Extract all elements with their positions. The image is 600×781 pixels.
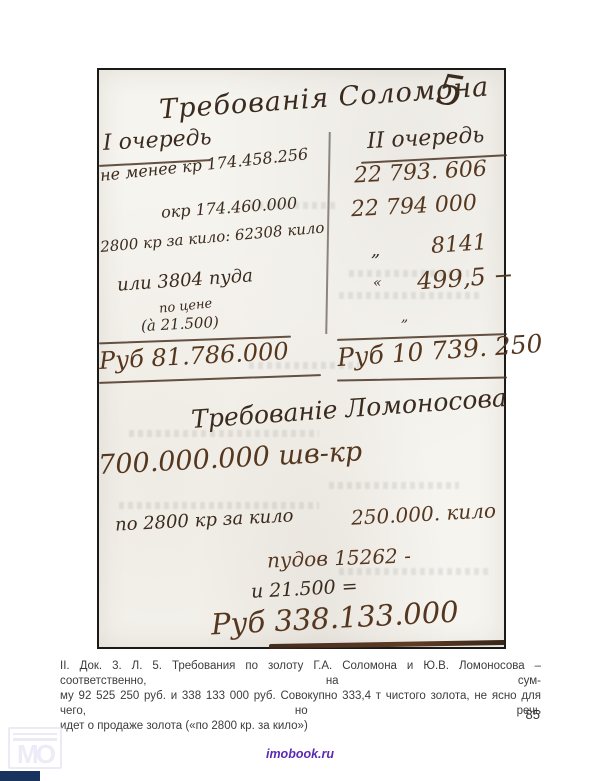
ditto-mark: „ [371, 242, 380, 260]
underline [99, 374, 321, 384]
column2-header: II очередь [367, 125, 485, 153]
col1-line-4: или 3804 пуда [117, 267, 254, 294]
col2-total: Руб 10 739. 250 [336, 331, 543, 370]
page-number: 85 [526, 707, 540, 722]
underline [269, 640, 506, 649]
caption-line: II. Док. 3. Л. 5. Требования по золоту Г… [60, 659, 541, 689]
lomonosov-line-4: и 21.500 = [251, 577, 359, 602]
bleedthrough-text [339, 292, 479, 299]
col2-row-4: 499,5 − [416, 263, 514, 294]
solomon-sheet-number: 5 [434, 68, 467, 114]
underline [337, 377, 507, 382]
bleedthrough-text [329, 482, 459, 489]
ditto-mark: „ [401, 310, 408, 324]
lomonosov-title: Требованіе Ломоносова [189, 385, 510, 432]
lomonosov-line-3: пудов 15262 - [267, 545, 412, 570]
lomonosov-line-1: 700.000.000 шв-кр [98, 438, 363, 479]
col1-line-2: окр 174.460.000 [161, 195, 298, 220]
col2-row-2: 22 794 000 [351, 193, 478, 222]
lomonosov-total: Руб 338.133.000 [210, 598, 459, 640]
column1-header: I очередь [102, 127, 212, 155]
solomon-title: Требованія Соломона [158, 76, 459, 124]
logo-top-line [13, 733, 57, 735]
approx-mark: « [373, 276, 382, 290]
caption-line: идет о продаже золота («по 2800 кр. за к… [60, 719, 541, 734]
col1-line-6: (à 21.500) [141, 315, 220, 334]
figure-caption: II. Док. 3. Л. 5. Требования по золоту Г… [60, 659, 541, 734]
col2-row-3: 8141 [430, 232, 487, 258]
column-divider [325, 132, 331, 334]
lomonosov-line-2b: 250.000. кило [351, 500, 497, 528]
col2-row-1: 22 793. 606 [354, 159, 488, 188]
lomonosov-line-2a: по 2800 кр за кило [115, 507, 294, 534]
col1-line-3: 2800 кр за кило: 62308 кило [100, 220, 325, 255]
manuscript-photo: Требованія Соломона 5 I очередь не менее… [97, 68, 506, 649]
logo-letters: МО [10, 741, 60, 767]
site-link[interactable]: imobook.ru [0, 747, 600, 761]
publisher-watermark-logo: МО [8, 727, 62, 769]
corner-bar [0, 771, 40, 781]
caption-line: му 92 525 250 руб. и 338 133 000 руб. Со… [60, 689, 541, 719]
